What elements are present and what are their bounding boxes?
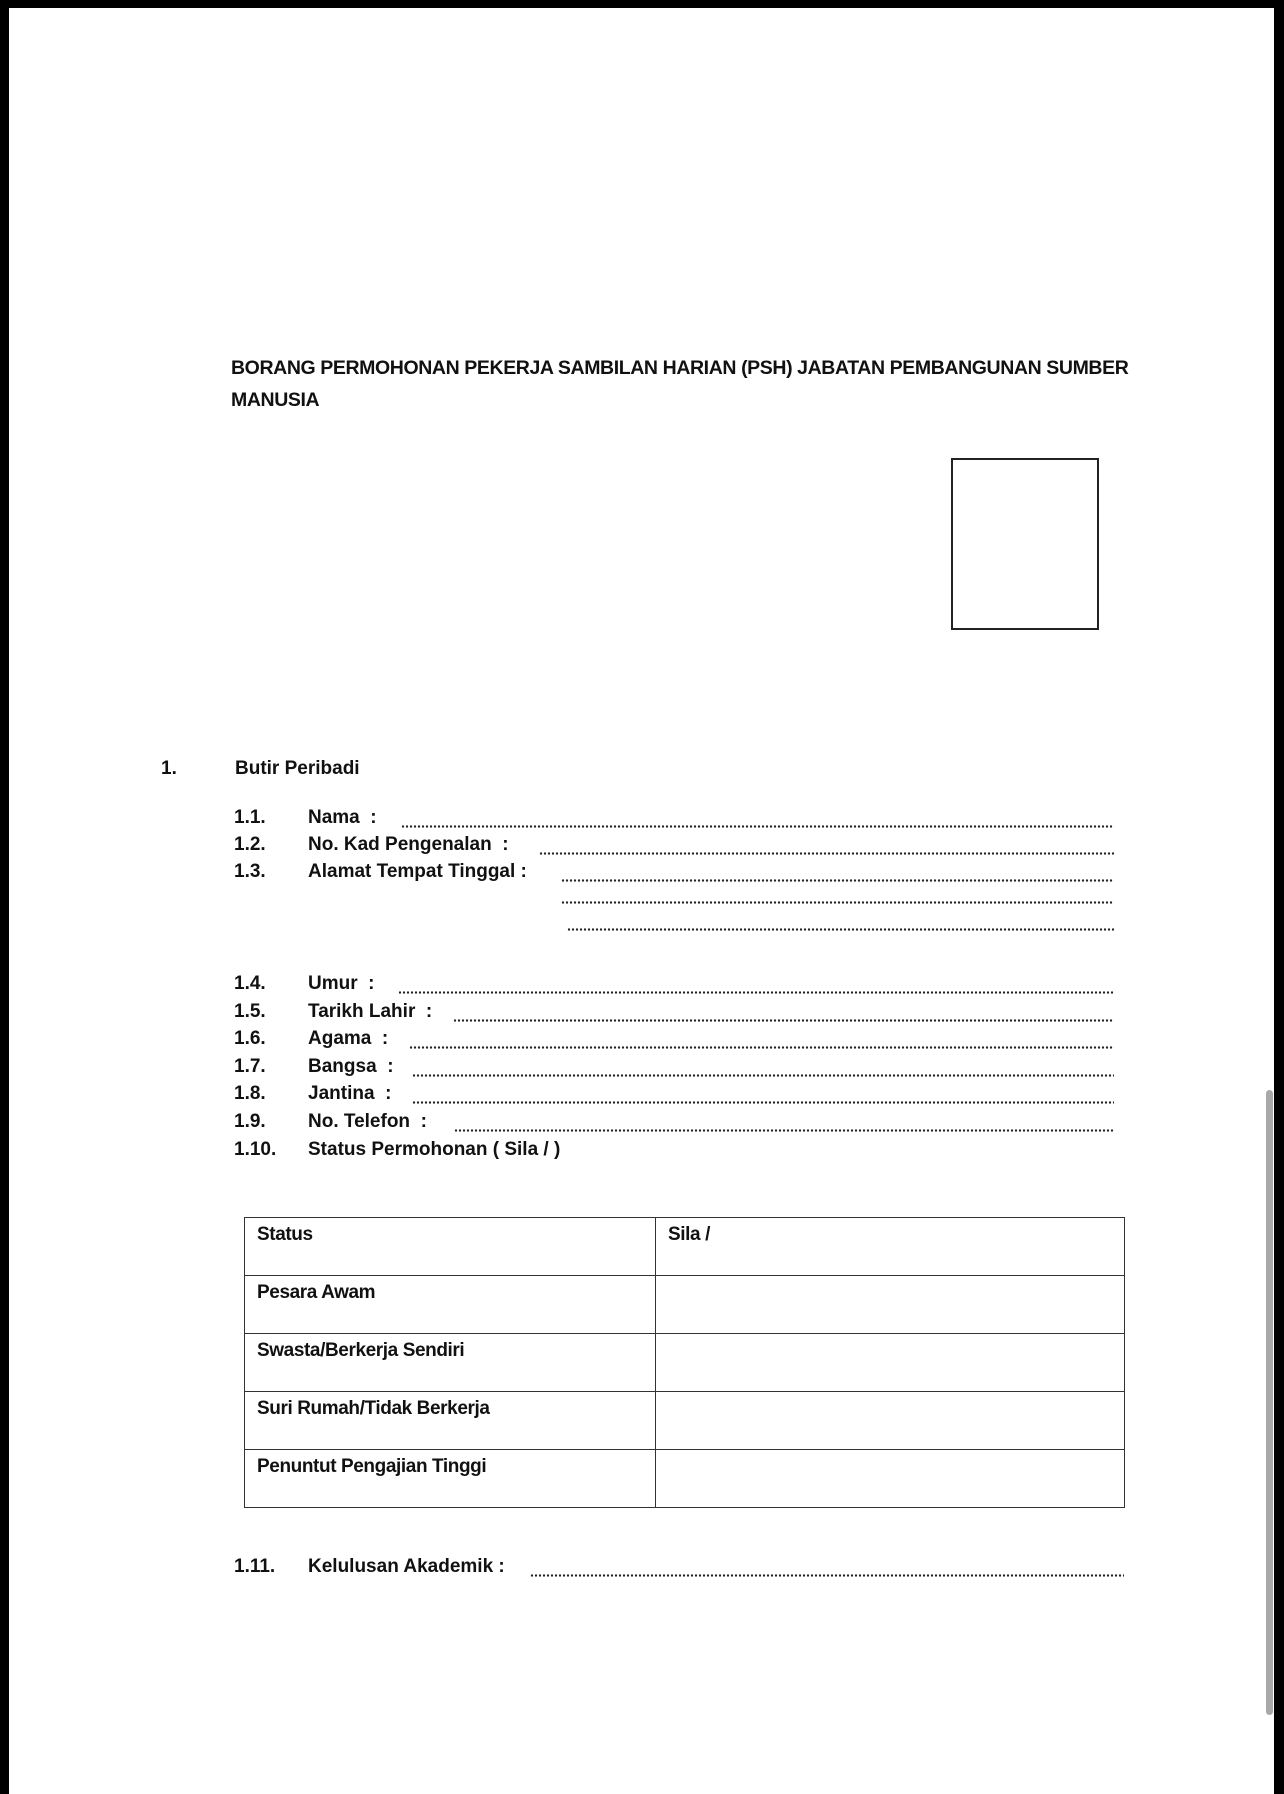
field-label: Agama :	[308, 1028, 388, 1050]
field-label: No. Telefon :	[308, 1111, 427, 1133]
header-status: Status	[245, 1218, 656, 1276]
table-row: Pesara Awam	[245, 1276, 1125, 1334]
field-number: 1.9.	[234, 1111, 308, 1133]
status-checkbox-cell[interactable]	[656, 1450, 1125, 1508]
field-label: Kelulusan Akademik :	[308, 1556, 505, 1578]
tarikh-lahir-input-line[interactable]	[453, 1019, 1114, 1022]
bangsa-input-line[interactable]	[412, 1074, 1114, 1077]
section-number: 1.	[161, 758, 177, 780]
field-number: 1.6.	[234, 1028, 308, 1050]
field-agama: 1.6. Agama :	[234, 1028, 1114, 1054]
field-label: Status Permohonan ( Sila / )	[308, 1139, 560, 1161]
field-label: Umur :	[308, 973, 375, 995]
field-label: No. Kad Pengenalan :	[308, 834, 509, 856]
field-no-telefon: 1.9. No. Telefon :	[234, 1111, 1114, 1137]
field-status-permohonan: 1.10. Status Permohonan ( Sila / )	[234, 1139, 1114, 1165]
field-label: Tarikh Lahir :	[308, 1001, 432, 1023]
field-number: 1.10.	[234, 1139, 308, 1161]
umur-input-line[interactable]	[398, 991, 1114, 994]
table-row: Swasta/Berkerja Sendiri	[245, 1334, 1125, 1392]
field-number: 1.4.	[234, 973, 308, 995]
table-row: Suri Rumah/Tidak Berkerja	[245, 1392, 1125, 1450]
status-label: Swasta/Berkerja Sendiri	[245, 1334, 656, 1392]
field-number: 1.7.	[234, 1056, 308, 1078]
photo-placeholder-box[interactable]	[951, 458, 1099, 630]
form-title: BORANG PERMOHONAN PEKERJA SAMBILAN HARIA…	[231, 352, 1151, 416]
status-checkbox-cell[interactable]	[656, 1334, 1125, 1392]
table-row: Penuntut Pengajian Tinggi	[245, 1450, 1125, 1508]
no-telefon-input-line[interactable]	[454, 1129, 1114, 1132]
section-title: Butir Peribadi	[235, 758, 360, 780]
agama-input-line[interactable]	[409, 1046, 1114, 1049]
field-jantina: 1.8. Jantina :	[234, 1083, 1114, 1109]
field-umur: 1.4. Umur :	[234, 973, 1114, 999]
field-ic-number: 1.2. No. Kad Pengenalan :	[234, 834, 1114, 860]
vertical-scrollbar[interactable]	[1266, 1090, 1273, 1715]
status-checkbox-cell[interactable]	[656, 1392, 1125, 1450]
nama-input-line[interactable]	[401, 825, 1114, 828]
status-label: Suri Rumah/Tidak Berkerja	[245, 1392, 656, 1450]
field-number: 1.11.	[234, 1556, 308, 1578]
status-table: Status Sila / Pesara Awam Swasta/Berkerj…	[244, 1217, 1125, 1508]
field-label: Jantina :	[308, 1083, 391, 1105]
jantina-input-line[interactable]	[412, 1101, 1114, 1104]
field-label: Alamat Tempat Tinggal :	[308, 861, 527, 883]
ic-number-input-line[interactable]	[539, 852, 1114, 855]
field-tarikh-lahir: 1.5. Tarikh Lahir :	[234, 1001, 1114, 1027]
document-page: BORANG PERMOHONAN PEKERJA SAMBILAN HARIA…	[9, 8, 1274, 1794]
status-label: Pesara Awam	[245, 1276, 656, 1334]
field-number: 1.1.	[234, 807, 308, 829]
table-header-row: Status Sila /	[245, 1218, 1125, 1276]
field-bangsa: 1.7. Bangsa :	[234, 1056, 1114, 1082]
address-input-line-1[interactable]	[561, 879, 1114, 882]
address-input-line-3[interactable]	[567, 928, 1114, 931]
field-number: 1.2.	[234, 834, 308, 856]
kelulusan-akademik-input-line[interactable]	[530, 1574, 1124, 1577]
field-kelulusan-akademik: 1.11. Kelulusan Akademik :	[234, 1556, 1124, 1582]
field-label: Nama :	[308, 807, 377, 829]
field-nama: 1.1. Nama :	[234, 807, 1114, 833]
field-address: 1.3. Alamat Tempat Tinggal :	[234, 861, 1114, 887]
header-sila: Sila /	[656, 1218, 1125, 1276]
field-label: Bangsa :	[308, 1056, 394, 1078]
field-number: 1.5.	[234, 1001, 308, 1023]
field-number: 1.3.	[234, 861, 308, 883]
address-input-line-2[interactable]	[561, 901, 1114, 904]
field-number: 1.8.	[234, 1083, 308, 1105]
status-checkbox-cell[interactable]	[656, 1276, 1125, 1334]
status-label: Penuntut Pengajian Tinggi	[245, 1450, 656, 1508]
